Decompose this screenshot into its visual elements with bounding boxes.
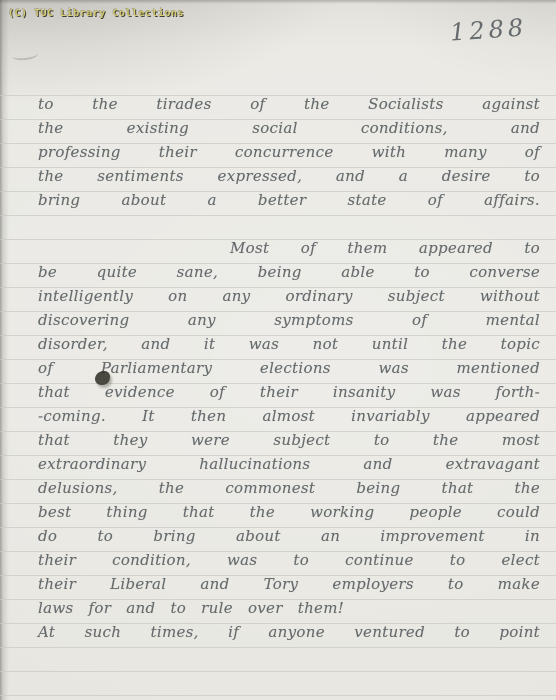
manuscript-line: be quite sane, being able to converse <box>38 263 540 287</box>
manuscript-line: to the tirades of the Socialists against <box>38 95 540 119</box>
manuscript-line: best thing that the working people could <box>38 503 540 527</box>
manuscript-line: the existing social conditions, and <box>38 119 540 143</box>
manuscript-line: intelligently on any ordinary subject wi… <box>38 287 540 311</box>
manuscript-line: Most of them appeared to <box>38 239 540 263</box>
manuscript-line: that evidence of their insanity was fort… <box>38 383 540 407</box>
page-number: 1288 <box>449 13 528 46</box>
library-watermark: (C) TUC Library Collections <box>8 8 184 19</box>
manuscript-line: the sentiments expressed, and a desire t… <box>38 167 540 191</box>
manuscript-line: laws for and to rule over them! <box>38 599 540 623</box>
manuscript-line: delusions, the commonest being that the <box>38 479 540 503</box>
manuscript-line: of Parliamentary elections was mentioned <box>38 359 540 383</box>
manuscript-lines: to the tirades of the Socialists against… <box>38 95 540 647</box>
manuscript-line: extraordinary hallucinations and extrava… <box>38 455 540 479</box>
manuscript-line: At such times, if anyone ventured to poi… <box>38 623 540 647</box>
manuscript-line: that they were subject to the most <box>38 431 540 455</box>
manuscript-line: disorder, and it was not until the topic <box>38 335 540 359</box>
scanned-page: (C) TUC Library Collections 1288 to the … <box>0 0 556 700</box>
page-top-edge-shadow <box>0 0 556 4</box>
manuscript-line: professing their concurrence with many o… <box>38 143 540 167</box>
manuscript-line: their Liberal and Tory employers to make <box>38 575 540 599</box>
manuscript-line: -coming. It then almost invariably appea… <box>38 407 540 431</box>
manuscript-blank-line <box>38 215 540 239</box>
pencil-smudge <box>12 49 39 62</box>
manuscript-line: their condition, was to continue to elec… <box>38 551 540 575</box>
manuscript-line: do to bring about an improvement in <box>38 527 540 551</box>
manuscript-line: discovering any symptoms of mental <box>38 311 540 335</box>
manuscript-line: bring about a better state of affairs. <box>38 191 540 215</box>
